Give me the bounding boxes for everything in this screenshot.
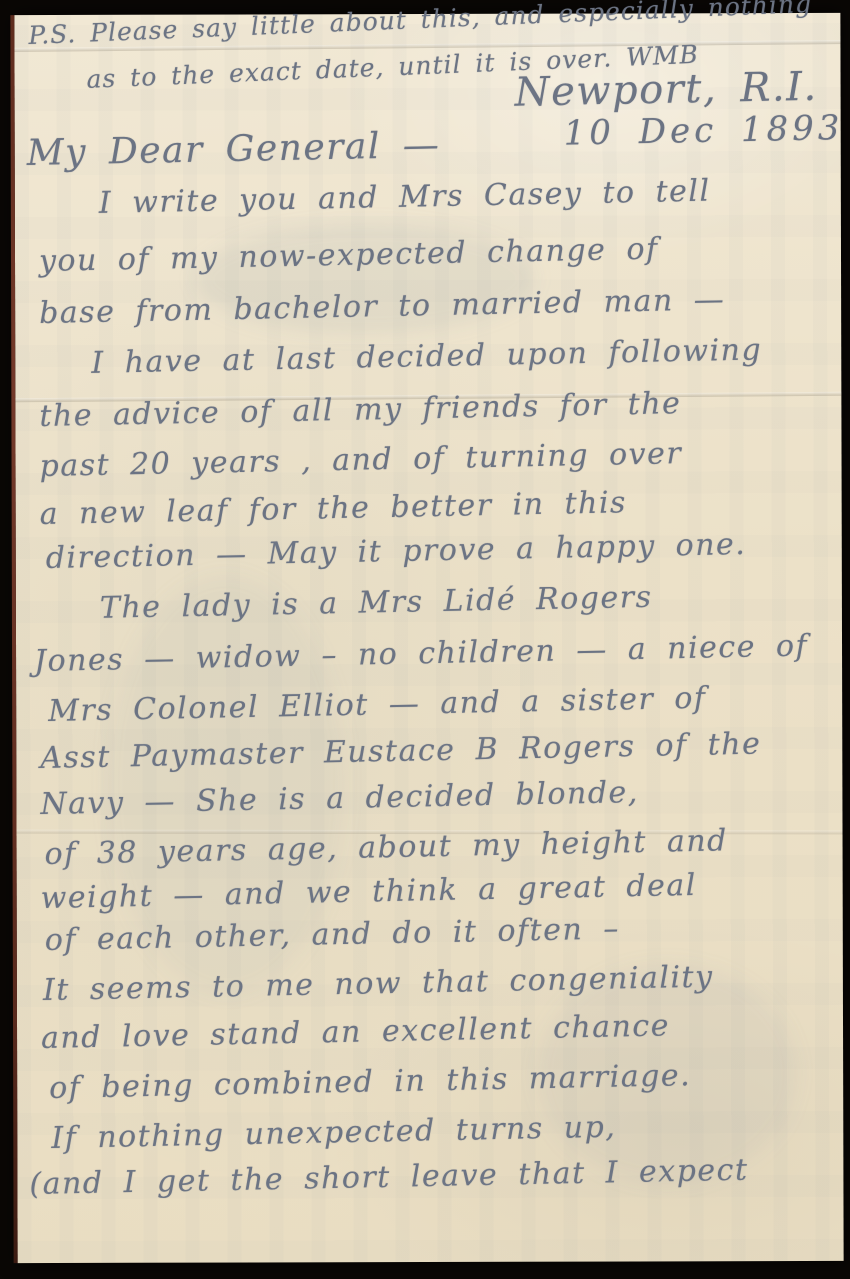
letter-date: 10 Dec 1893 bbox=[563, 108, 844, 154]
letter-line: weight — and we think a great deal bbox=[40, 868, 697, 916]
letter-page: P.S. Please say little about this, and e… bbox=[14, 13, 843, 1263]
letter-line: (and I get the short leave that I expect bbox=[29, 1153, 749, 1202]
letter-line: I write you and Mrs Casey to tell bbox=[99, 174, 711, 221]
letter-line: past 20 years , and of turning over bbox=[39, 436, 682, 484]
letter-line: The lady is a Mrs Lidé Rogers bbox=[100, 580, 653, 626]
letter-line: If nothing unexpected turns up, bbox=[51, 1110, 617, 1156]
letter-line: of each other, and do it often – bbox=[44, 911, 620, 958]
letter-line: and love stand an excellent chance bbox=[41, 1008, 671, 1056]
letter-salutation: My Dear General — bbox=[26, 125, 440, 174]
letter-line: direction — May it prove a happy one. bbox=[45, 527, 746, 576]
letter-line: you of my now-expected change of bbox=[39, 232, 659, 279]
letter-line: Mrs Colonel Elliot — and a sister of bbox=[48, 681, 707, 729]
letter-line: base from bachelor to married man — bbox=[39, 282, 726, 331]
letter-line: Asst Paymaster Eustace B Rogers of the bbox=[40, 727, 762, 776]
letter-line: I have at last decided upon following bbox=[91, 332, 763, 380]
letter-place: Newport, R.I. bbox=[514, 64, 818, 116]
letter-line: Navy — She is a decided blonde, bbox=[40, 775, 639, 822]
letter-line: Jones — widow – no children — a niece of bbox=[34, 628, 809, 679]
letter-line: of 38 years age, about my height and bbox=[44, 823, 728, 872]
letter-line: of being combined in this marriage. bbox=[49, 1058, 692, 1106]
letter-line: the advice of all my friends for the bbox=[39, 386, 682, 434]
letter-line: a new leaf for the better in this bbox=[39, 485, 627, 532]
scan-background: P.S. Please say little about this, and e… bbox=[0, 0, 850, 1279]
letter-line: It seems to me now that congeniality bbox=[43, 960, 714, 1008]
